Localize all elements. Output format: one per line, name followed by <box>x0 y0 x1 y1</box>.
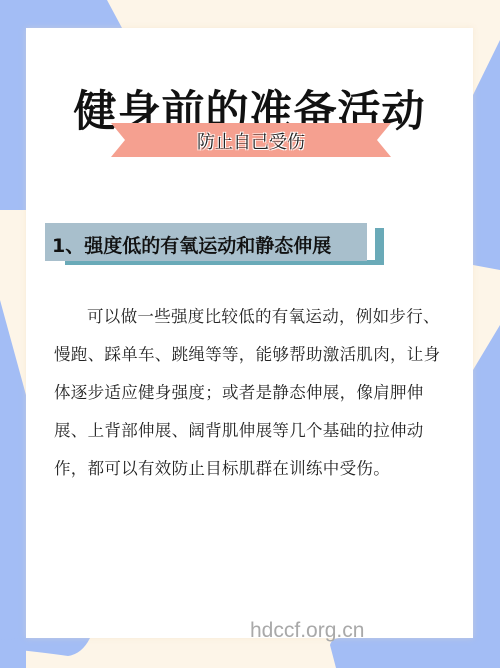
ribbon-label: 防止自己受伤 <box>111 128 391 154</box>
content-card: 健身前的准备活动 防止自己受伤 1、强度低的有氧运动和静态伸展 可以做一些强度比… <box>26 28 473 638</box>
watermark: hdccf.org.cn <box>250 619 364 643</box>
heading-box: 1、强度低的有氧运动和静态伸展 <box>45 223 367 261</box>
section-heading: 1、强度低的有氧运动和静态伸展 <box>45 223 390 265</box>
section-body-text: 可以做一些强度比较低的有氧运动，例如步行、慢跑、踩单车、跳绳等等，能够帮助激活肌… <box>54 298 444 488</box>
subtitle-ribbon: 防止自己受伤 <box>111 123 391 157</box>
section-heading-text: 1、强度低的有氧运动和静态伸展 <box>52 231 331 258</box>
